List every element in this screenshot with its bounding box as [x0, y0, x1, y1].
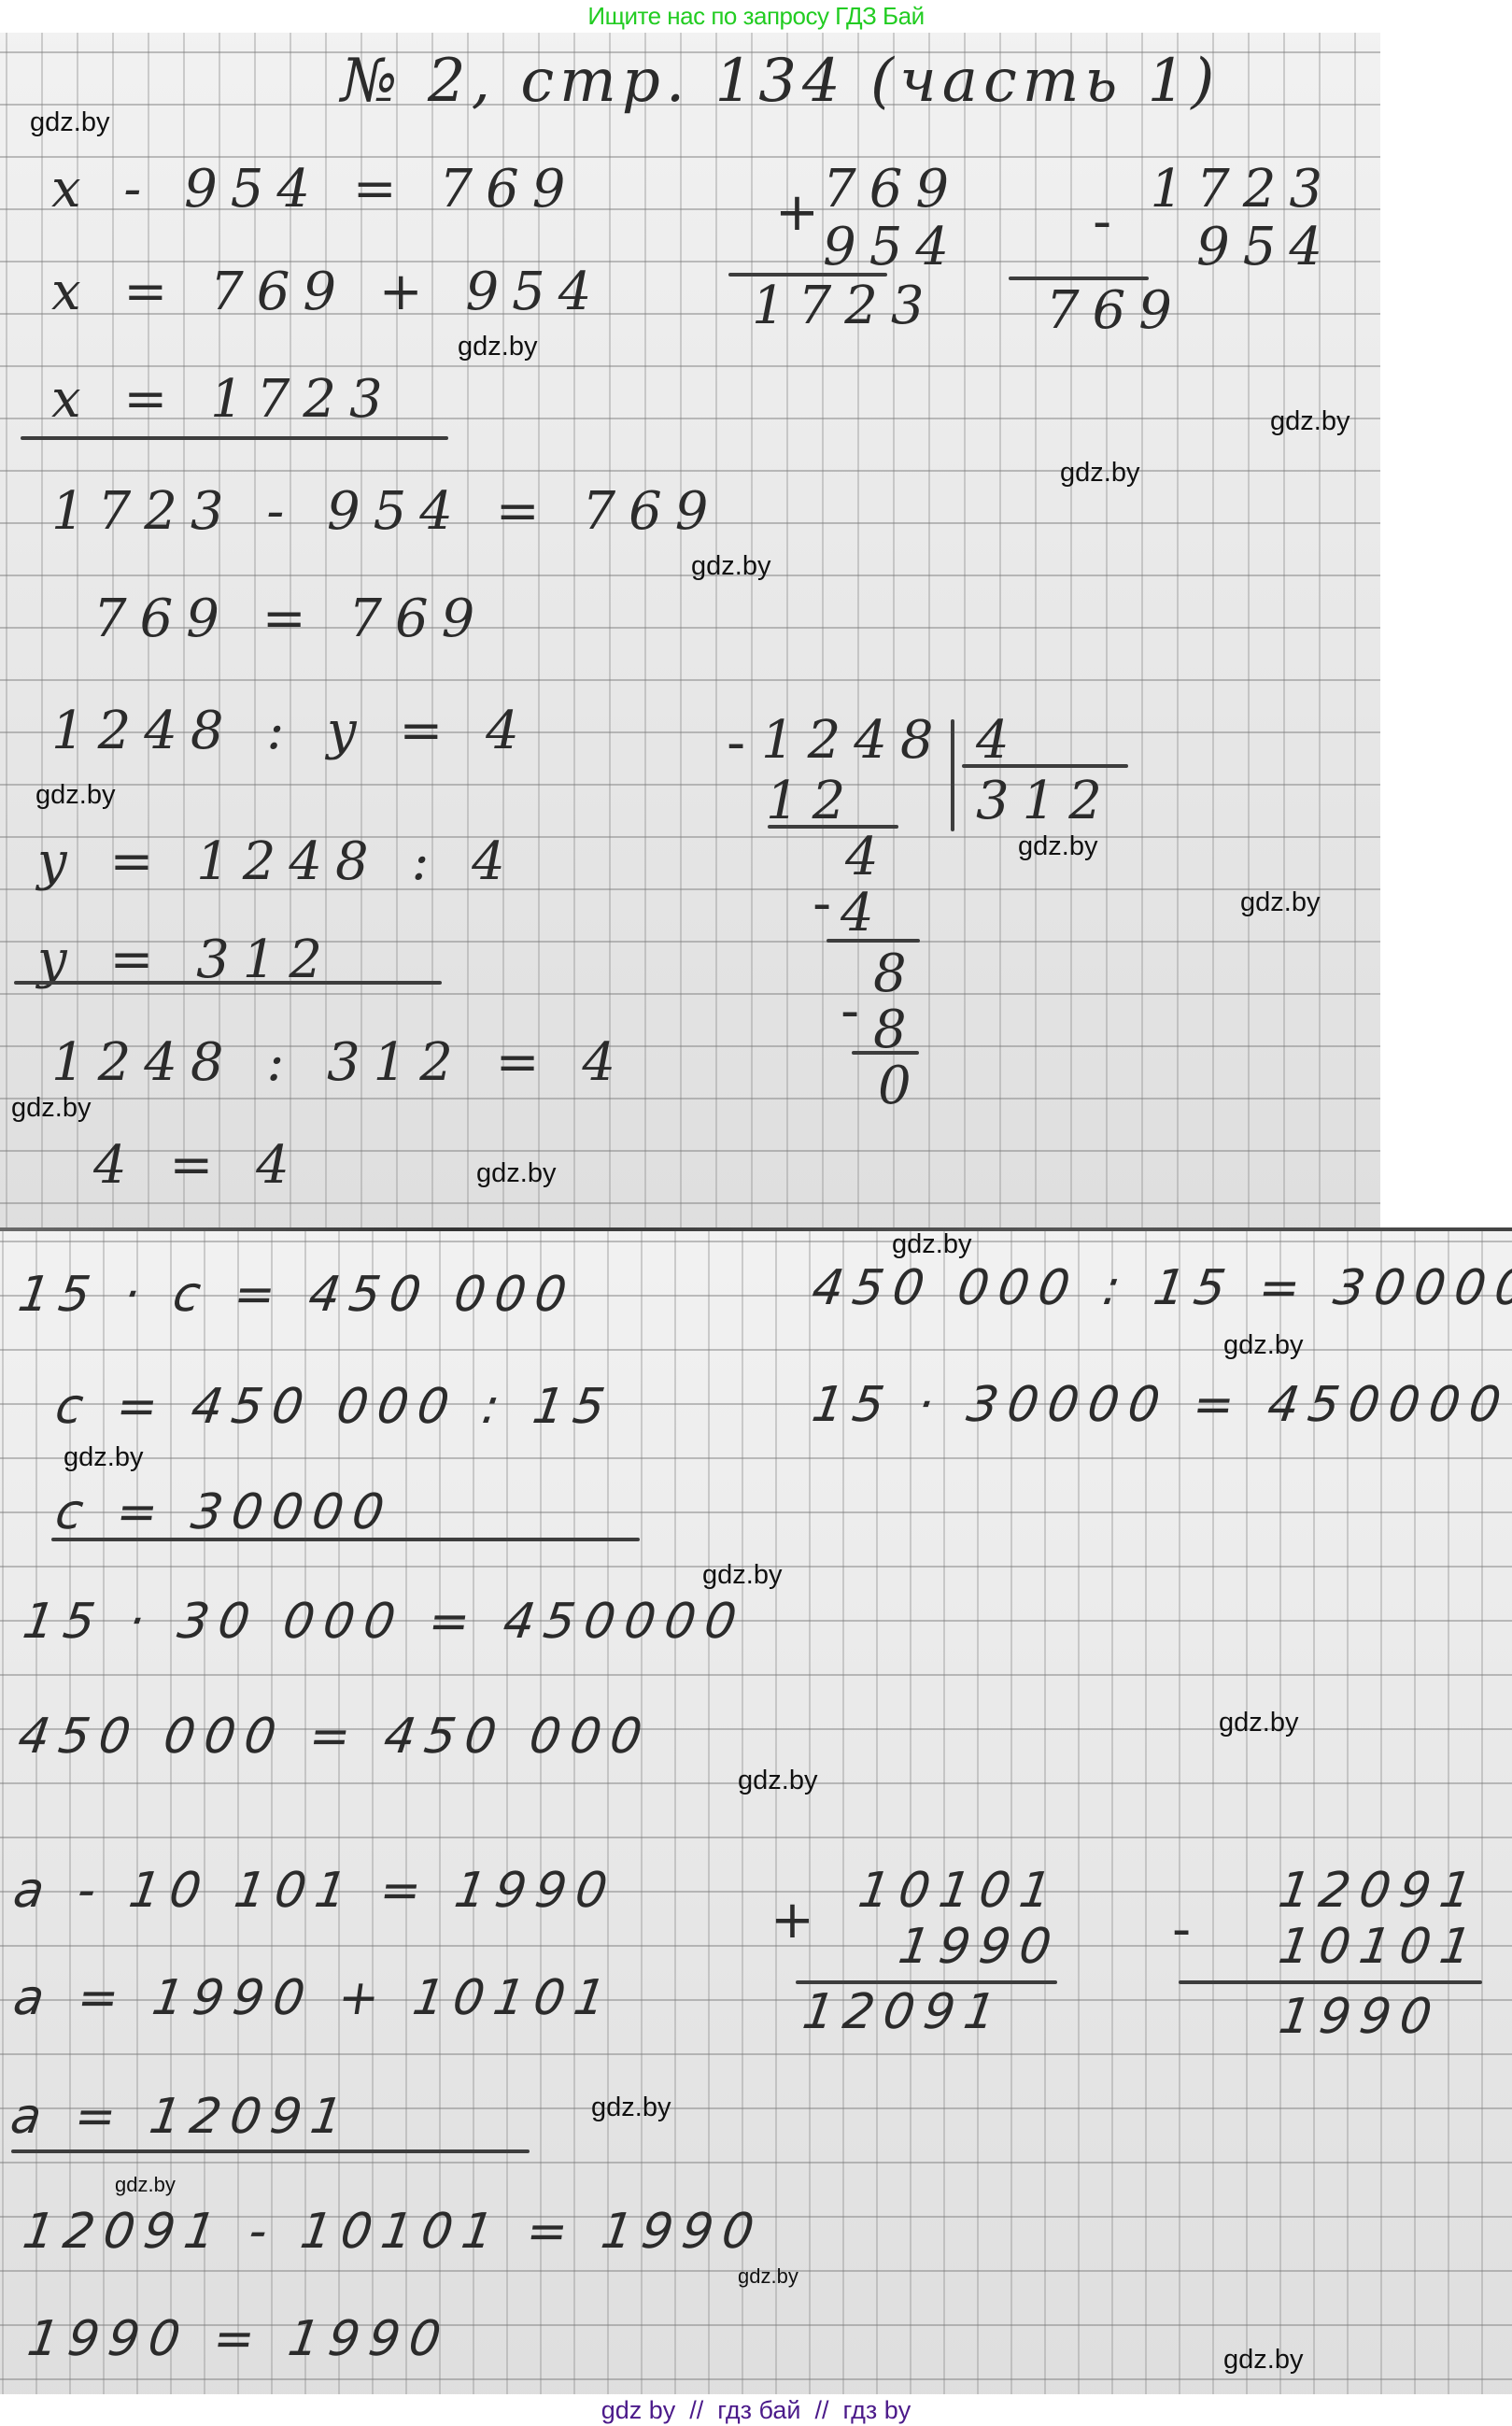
quotient: 312	[976, 775, 1115, 828]
column-addition: 769 954	[747, 163, 962, 274]
side-calc-check: 15 · 30000 = 450000	[809, 1381, 1512, 1429]
quotient-line	[962, 764, 1128, 768]
equation-c-line-1: 15 · c = 450 000	[15, 1270, 578, 1319]
difference-line	[1179, 1980, 1482, 1984]
column-subtraction: 1723 954	[1121, 163, 1335, 274]
dividend: 1248	[761, 715, 947, 767]
watermark: gdz.by	[35, 780, 115, 811]
equation-x-line-2: x = 769 + 954	[51, 266, 604, 319]
equation-y-check-2: 4 = 4	[93, 1140, 303, 1192]
equation-y-line-1: 1248 : y = 4	[51, 705, 532, 758]
equation-y-line-2: y = 1248 : 4	[37, 836, 518, 888]
equation-x-check-2: 769 = 769	[93, 593, 488, 646]
step-3-subtract: 8	[873, 1004, 920, 1057]
site-footer-links[interactable]: gdz by // гдз бай // гдз by	[0, 2394, 1512, 2426]
search-banner[interactable]: Ищите нас по запросу ГДЗ Бай	[0, 0, 1512, 32]
minus-sign: -	[727, 713, 745, 773]
equation-x-answer: x = 1723	[51, 374, 396, 426]
equation-c-check-2: 450 000 = 450 000	[15, 1712, 654, 1761]
addend-bottom: 954	[747, 221, 962, 274]
watermark: gdz.by	[30, 107, 109, 138]
minus-sign: -	[841, 981, 859, 1042]
watermark: gdz.by	[64, 1442, 143, 1473]
answer-underline	[14, 981, 442, 985]
notebook-page-bottom: gdz.by 15 · c = 450 000 450 000 : 15 = 3…	[0, 1231, 1512, 2394]
sum-result: 12091	[799, 1988, 1008, 2036]
division-bar	[951, 719, 954, 831]
minus-sign: -	[813, 873, 831, 934]
equation-a-line-1: a - 10 101 = 1990	[10, 1866, 619, 1915]
difference-result: 1990	[1276, 1993, 1444, 2041]
answer-underline	[11, 2149, 530, 2153]
equation-c-line-2: c = 450 000 : 15	[52, 1383, 616, 1431]
watermark: gdz.by	[1223, 2345, 1303, 2376]
watermark: gdz.by	[458, 332, 537, 362]
subtrahend: 10101	[1164, 1922, 1483, 1971]
watermark: gdz.by	[738, 1766, 817, 1796]
watermark: gdz.by	[702, 1560, 782, 1591]
equation-x-line-1: x - 954 = 769	[51, 163, 578, 216]
answer-underline	[51, 1538, 640, 1541]
equation-y-answer: y = 312	[37, 934, 335, 986]
equation-y-check-1: 1248 : 312 = 4	[51, 1037, 629, 1089]
watermark: gdz.by	[1270, 406, 1349, 437]
equation-c-answer: c = 30000	[52, 1488, 396, 1537]
watermark: gdz.by	[1223, 1330, 1303, 1361]
subtrahend: 954	[1121, 221, 1335, 274]
step-1-remainder: 4	[845, 831, 892, 884]
watermark: gdz.by	[476, 1158, 556, 1189]
notebook-page-top: № 2, стр. 134 (часть 1) gdz.by x - 954 =…	[0, 33, 1380, 1228]
watermark: gdz.by	[1219, 1708, 1298, 1738]
column-addition: 10101 1990	[747, 1866, 1060, 1971]
step-2-subtract: 4	[841, 887, 887, 940]
equation-a-check-2: 1990 = 1990	[24, 2315, 453, 2363]
step-line	[827, 939, 920, 943]
watermark: gdz.by	[892, 1231, 971, 1260]
watermark: gdz.by	[115, 2173, 176, 2197]
addend-bottom: 1990	[743, 1922, 1063, 1971]
watermark: gdz.by	[11, 1093, 91, 1124]
divisor: 4	[976, 715, 1023, 767]
equation-a-line-2: a = 1990 + 10101	[10, 1974, 617, 2022]
equation-c-check-1: 15 · 30 000 = 450000	[20, 1597, 748, 1646]
difference-result: 769	[1046, 285, 1185, 337]
watermark: gdz.by	[1060, 458, 1139, 489]
minuend: 1723	[1121, 163, 1335, 216]
minus-sign: -	[1093, 192, 1111, 252]
step-2-remainder: 8	[873, 948, 920, 1000]
sum-result: 1723	[752, 280, 938, 333]
equation-a-answer: a = 12091	[7, 2093, 354, 2141]
watermark: gdz.by	[738, 2264, 798, 2289]
side-calc-division: 450 000 : 15 = 30000	[809, 1264, 1512, 1312]
watermark: gdz.by	[1240, 887, 1320, 918]
step-1-subtract: 12	[766, 775, 858, 828]
equation-a-check-1: 12091 - 10101 = 1990	[20, 2207, 766, 2256]
answer-underline	[21, 436, 448, 440]
equation-x-check-1: 1723 - 954 = 769	[51, 486, 721, 538]
step-line	[852, 1051, 919, 1055]
minuend: 12091	[1164, 1866, 1483, 1915]
watermark: gdz.by	[691, 551, 770, 582]
step-3-remainder: 0	[878, 1060, 925, 1113]
addend-top: 769	[747, 163, 962, 216]
watermark: gdz.by	[591, 2093, 671, 2123]
column-subtraction: 12091 10101	[1167, 1866, 1480, 1971]
exercise-title: № 2, стр. 134 (часть 1)	[341, 51, 1220, 111]
watermark: gdz.by	[1018, 831, 1097, 862]
addend-top: 10101	[743, 1866, 1063, 1915]
